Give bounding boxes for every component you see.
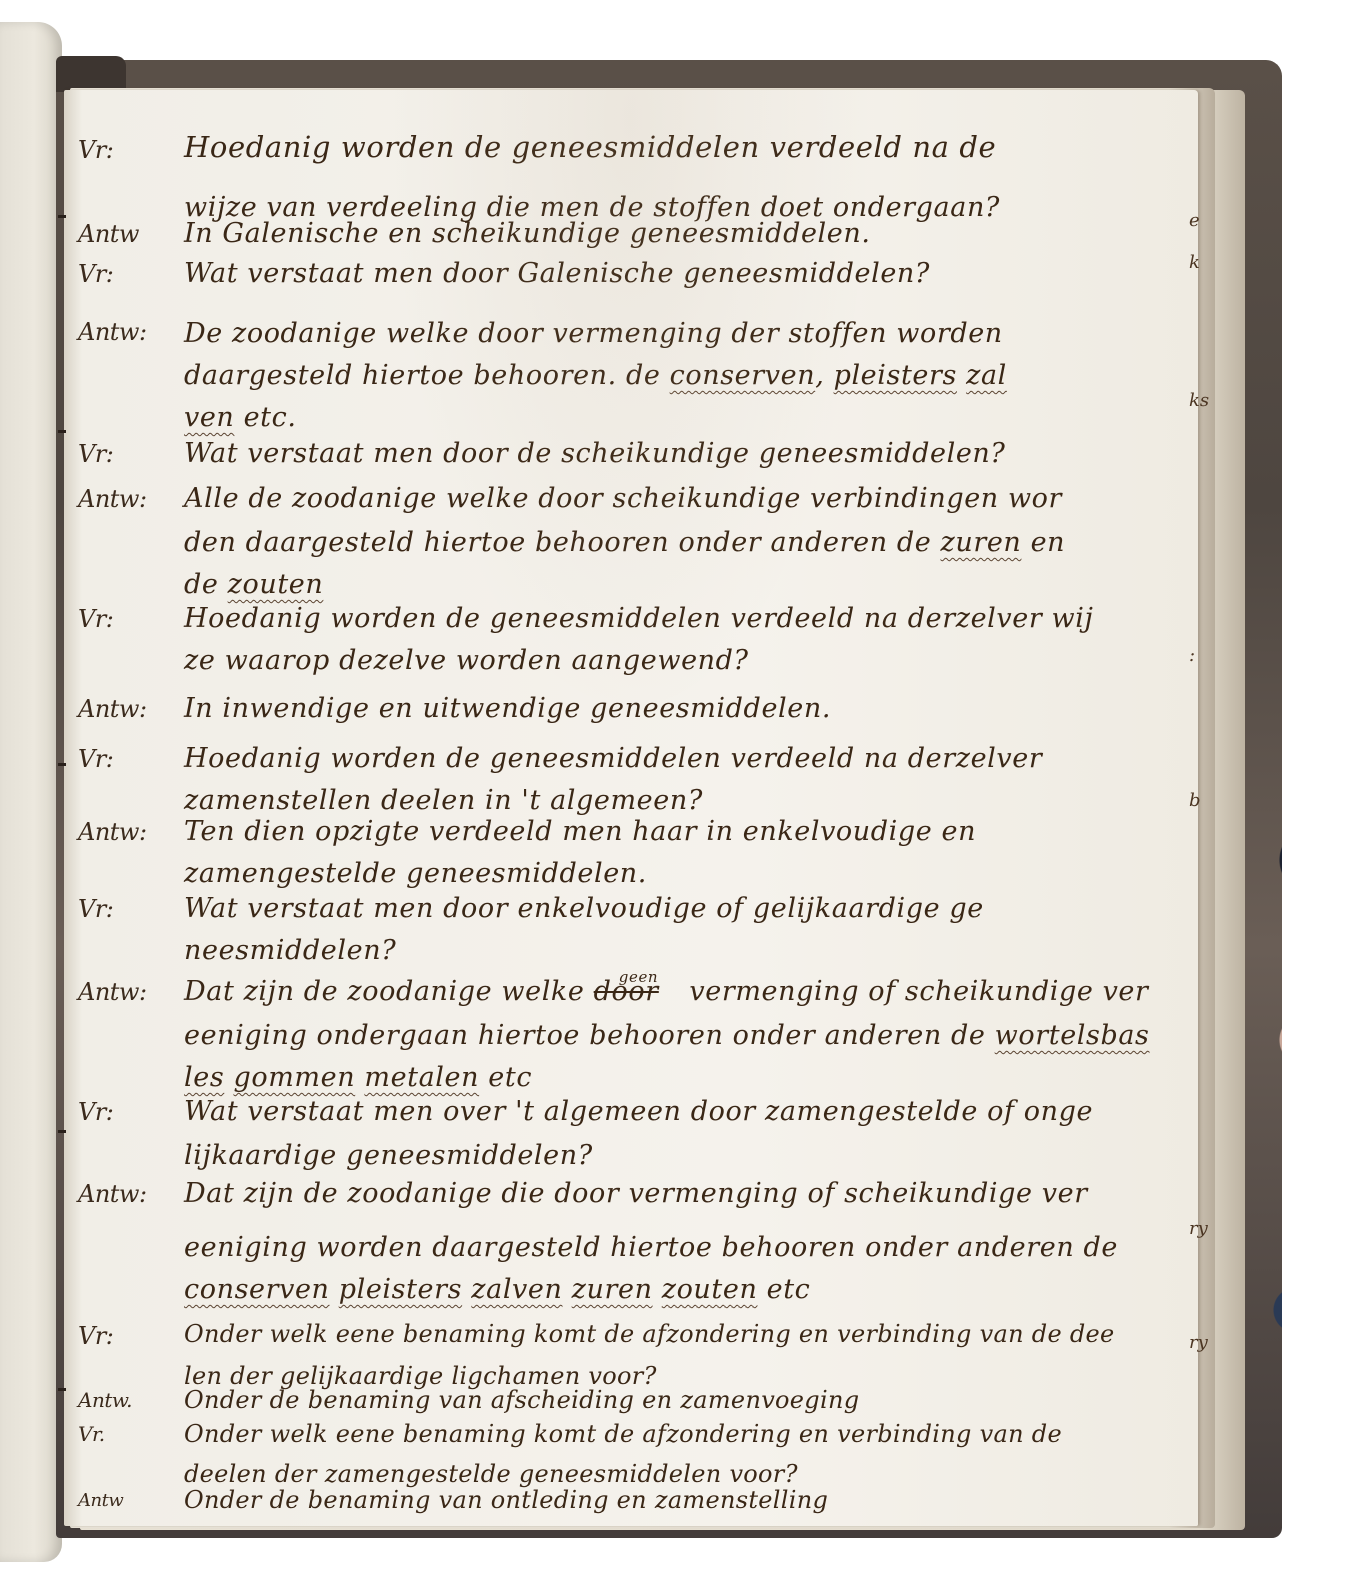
text-line: Ten dien opzigte verdeeld men haar in en… (184, 816, 1184, 847)
text-line: conserven pleisters zalven zuren zouten … (184, 1274, 1184, 1305)
facing-page-edge (0, 22, 62, 1562)
entry-label: Antw: (78, 818, 178, 846)
text-line: Dat zijn de zoodanige die door vermengin… (184, 1178, 1184, 1209)
underlined-term: zuren (572, 1274, 653, 1305)
text-line: neesmiddelen? (184, 935, 1184, 966)
text-fragment: , (815, 360, 833, 391)
inserted-word: geen (619, 968, 658, 986)
underlined-term: pleisters (834, 360, 957, 391)
underlined-term: les (184, 1062, 224, 1093)
text-line: lijkaardige geneesmiddelen? (184, 1140, 1184, 1171)
entry-label: Vr: (78, 1322, 178, 1350)
binding-thread (58, 1388, 66, 1391)
text-line: les gommen metalen etc (184, 1062, 1184, 1093)
text-line: Dat zijn de zoodanige welke doorgeen ver… (184, 976, 1184, 1007)
entry-label: Antw: (78, 695, 178, 723)
entry-label: Vr: (78, 895, 178, 923)
text-line: ven etc. (184, 402, 1184, 433)
entry-label: Vr: (78, 440, 178, 468)
underlined-term: conserven (670, 360, 816, 391)
edge-mark: k (1189, 252, 1200, 273)
worn-spine-corner (56, 56, 126, 92)
underlined-term: zouten (228, 569, 324, 600)
text-line: Alle de zoodanige welke door scheikundig… (184, 483, 1184, 514)
binding-thread (58, 430, 66, 433)
text-line: eeniging worden daargesteld hiertoe beho… (184, 1232, 1184, 1263)
entry-label: Vr: (78, 745, 178, 773)
text-line: Hoedanig worden de geneesmiddelen verdee… (184, 743, 1184, 774)
text-line: Wat verstaat men over 't algemeen door z… (184, 1096, 1184, 1127)
underlined-term: gommen (233, 1062, 355, 1093)
underlined-term: metalen (364, 1062, 479, 1093)
underlined-term: ven (184, 402, 234, 433)
edge-mark: : (1189, 645, 1195, 666)
edge-mark: ks (1189, 390, 1209, 411)
edge-mark: ry (1189, 1332, 1208, 1353)
text-line: zamenstellen deelen in 't algemeen? (184, 785, 1184, 816)
underlined-term: zuren (941, 527, 1022, 558)
text-line: Wat verstaat men door de scheikundige ge… (184, 438, 1184, 469)
underlined-term: wortels (995, 1020, 1101, 1051)
entry-label: Antw: (78, 978, 178, 1006)
entry-label: Antw: (78, 318, 178, 346)
text-line: Onder de benaming van ontleding en zamen… (184, 1486, 1184, 1514)
edge-mark: ry (1189, 1218, 1208, 1239)
text-fragment (957, 360, 966, 391)
manuscript-page: Vr: Hoedanig worden de geneesmiddelen ve… (64, 90, 1198, 1526)
underlined-term: bas (1100, 1020, 1149, 1051)
entry-label: Antw. (78, 1388, 178, 1412)
entry-label: Antw: (78, 485, 178, 513)
text-line: Onder welk eene benaming komt de afzonde… (184, 1420, 1184, 1448)
binding-thread (58, 215, 66, 218)
edge-mark: b (1189, 790, 1201, 811)
underlined-term: conserven (184, 1274, 330, 1305)
text-line: Hoedanig worden de geneesmiddelen verdee… (184, 130, 1184, 164)
text-line: eeniging ondergaan hiertoe behooren onde… (184, 1020, 1184, 1051)
text-fragment: daargesteld hiertoe behooren. de (184, 360, 670, 391)
binding-thread (58, 763, 66, 766)
text-line: Wat verstaat men door enkelvoudige of ge… (184, 893, 1184, 924)
text-line: daargesteld hiertoe behooren. de conserv… (184, 360, 1184, 391)
edge-mark: e (1189, 210, 1200, 231)
entry-label: Antw (78, 1490, 178, 1511)
entry-label: Antw (78, 220, 178, 248)
entry-label: Vr: (78, 136, 178, 164)
underlined-term: zouten (662, 1274, 758, 1305)
entry-label: Vr: (78, 1098, 178, 1126)
text-line: Onder welk eene benaming komt de afzonde… (184, 1320, 1184, 1348)
text-line: zamengestelde geneesmiddelen. (184, 858, 1184, 889)
entry-label: Antw: (78, 1180, 178, 1208)
text-line: de zouten (184, 569, 1184, 600)
entry-label: Vr: (78, 605, 178, 633)
underlined-term: pleisters (339, 1274, 462, 1305)
text-line: Onder de benaming van afscheiding en zam… (184, 1386, 1184, 1414)
text-line: In Galenische en scheikundige geneesmidd… (184, 218, 1184, 249)
entry-label: Vr: (78, 260, 178, 288)
text-line: den daargesteld hiertoe behooren onder a… (184, 527, 1184, 558)
underlined-term: zalven (471, 1274, 562, 1305)
text-line: In inwendige en uitwendige geneesmiddele… (184, 693, 1184, 724)
entry-label: Vr. (78, 1422, 178, 1446)
binding-thread (58, 1130, 66, 1133)
text-line: Hoedanig worden de geneesmiddelen verdee… (184, 603, 1184, 634)
text-line: De zoodanige welke door vermenging der s… (184, 318, 1184, 349)
text-line: ze waarop dezelve worden aangewend? (184, 645, 1184, 676)
underlined-term: zal (966, 360, 1007, 391)
text-line: deelen der zamengestelde geneesmiddelen … (184, 1460, 1184, 1488)
text-line: Wat verstaat men door Galenische geneesm… (184, 258, 1184, 289)
